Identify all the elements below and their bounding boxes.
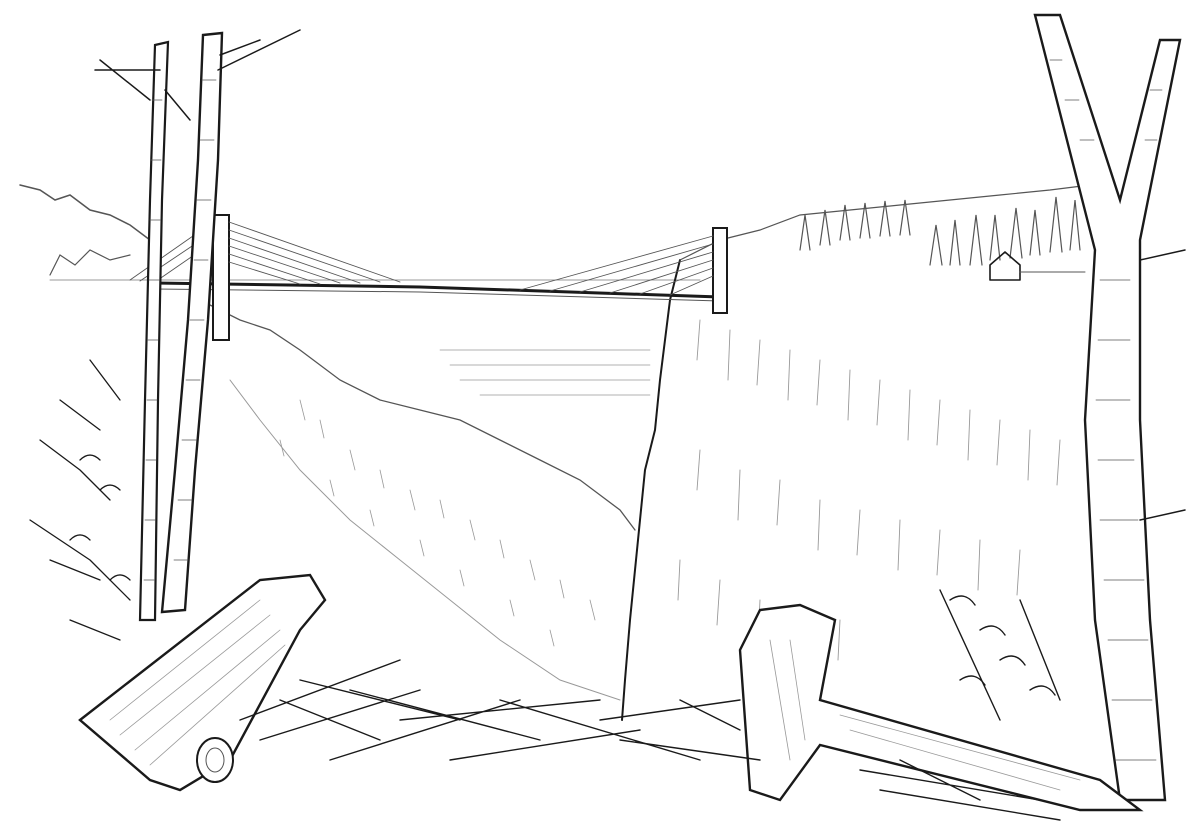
sketch-scene: [0, 0, 1200, 834]
right-pylon: [713, 228, 727, 313]
left-pylon: [213, 215, 229, 340]
